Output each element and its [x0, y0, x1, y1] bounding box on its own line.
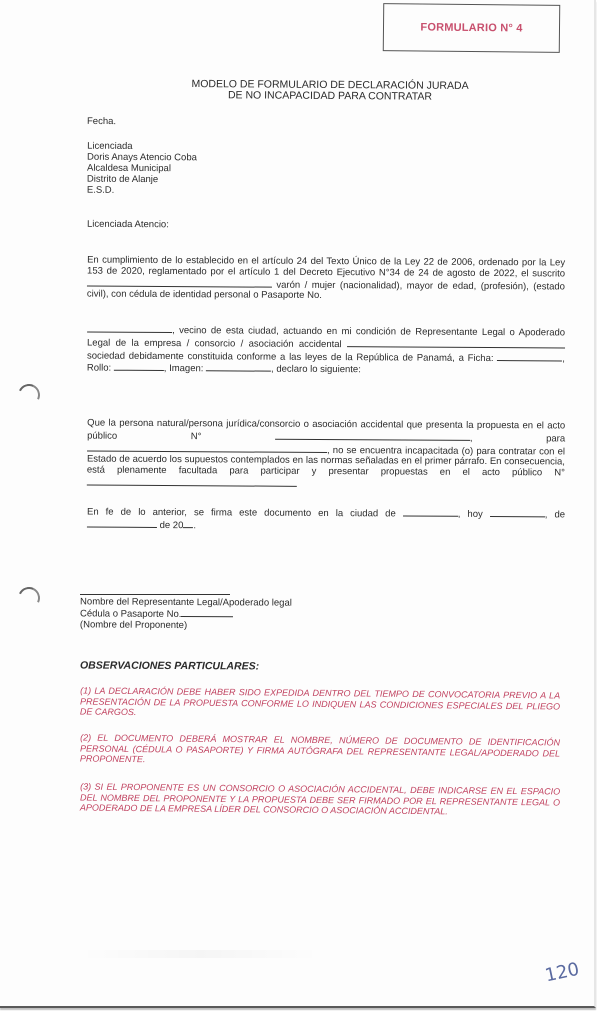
public-act-number-2-blank[interactable] — [87, 477, 297, 487]
paragraph4-text-c: , de — [545, 509, 565, 520]
subscriber-name-blank[interactable] — [87, 277, 272, 287]
paragraph1-text-a: En cumplimiento de lo establecido en el … — [87, 255, 565, 280]
ficha-blank[interactable] — [497, 352, 562, 361]
document-page: FORMULARIO N° 4 MODELO DE FORMULARIO DE … — [0, 0, 596, 1008]
imagen-blank[interactable] — [206, 363, 271, 372]
day-blank[interactable] — [490, 508, 545, 517]
recipient-block: Licenciada Doris Anays Atencio Coba Alca… — [87, 141, 197, 197]
public-act-description-blank[interactable] — [87, 442, 327, 452]
date-label: Fecha. — [87, 116, 116, 127]
company-name-blank[interactable] — [347, 338, 565, 348]
year-blank[interactable] — [183, 519, 193, 528]
signature-id-label: Cédula o Pasaporte No. — [80, 608, 181, 620]
paragraph4-text-b: , hoy — [458, 509, 483, 520]
form-number-label: FORMULARIO N° 4 — [420, 21, 522, 34]
paragraph2-text-e: , declaro lo siguiente: — [271, 364, 361, 376]
paragraph4-text-a: En fe de lo anterior, se firma este docu… — [87, 507, 396, 520]
signature-line[interactable] — [80, 594, 230, 595]
recipient-position: Alcaldesa Municipal — [87, 163, 197, 175]
observation-item-2: (2) EL DOCUMENTO DEBERÁ MOSTRAR EL NOMBR… — [80, 732, 560, 769]
signature-id-blank[interactable] — [181, 608, 233, 617]
paragraph-compliance: En cumplimiento de lo establecido en el … — [87, 256, 565, 304]
title-line-2: DE NO INCAPACIDAD PARA CONTRATAR — [90, 89, 570, 103]
proponent-name-label: (Nombre del Proponente) — [80, 619, 292, 631]
paragraph3-text-b: , para — [470, 433, 565, 445]
observation-item-3: (3) SI EL PROPONENTE ES UN CONSORCIO O A… — [80, 781, 560, 818]
public-act-number-blank[interactable] — [275, 430, 470, 440]
paragraph-representative: , vecino de esta ciudad, actuando en mi … — [87, 324, 565, 378]
paragraph-declaration: Que la persona natural/persona jurídica/… — [87, 419, 565, 493]
observations-heading: OBSERVACIONES PARTICULARES: — [80, 660, 259, 673]
paragraph-signature-place: En fe de lo anterior, se firma este docu… — [87, 506, 565, 535]
paragraph4-text-d: de 20 — [160, 520, 184, 531]
month-blank[interactable] — [87, 518, 157, 527]
scan-artifact — [80, 950, 320, 958]
observation-item-1: (1) LA DECLARACIÓN DEBE HABER SIDO EXPED… — [80, 685, 560, 722]
passport-number-blank[interactable] — [87, 324, 172, 334]
recipient-title: Licenciada — [87, 141, 197, 153]
rollo-blank[interactable] — [114, 362, 164, 371]
recipient-esd: E.S.D. — [87, 185, 197, 197]
salutation: Licenciada Atencio: — [87, 219, 169, 230]
document-title: MODELO DE FORMULARIO DE DECLARACIÓN JURA… — [90, 78, 570, 103]
paragraph2-text-d: , Imagen: — [164, 363, 204, 374]
recipient-district: Distrito de Alanje — [87, 174, 197, 186]
paragraph4-text-e: . — [193, 520, 196, 531]
recipient-name: Doris Anays Atencio Coba — [87, 152, 197, 164]
form-number-box: FORMULARIO N° 4 — [383, 3, 560, 53]
city-blank[interactable] — [403, 507, 458, 516]
handwritten-page-number: 120 — [543, 959, 581, 987]
signature-block: Nombre del Representante Legal/Apoderado… — [80, 596, 292, 631]
